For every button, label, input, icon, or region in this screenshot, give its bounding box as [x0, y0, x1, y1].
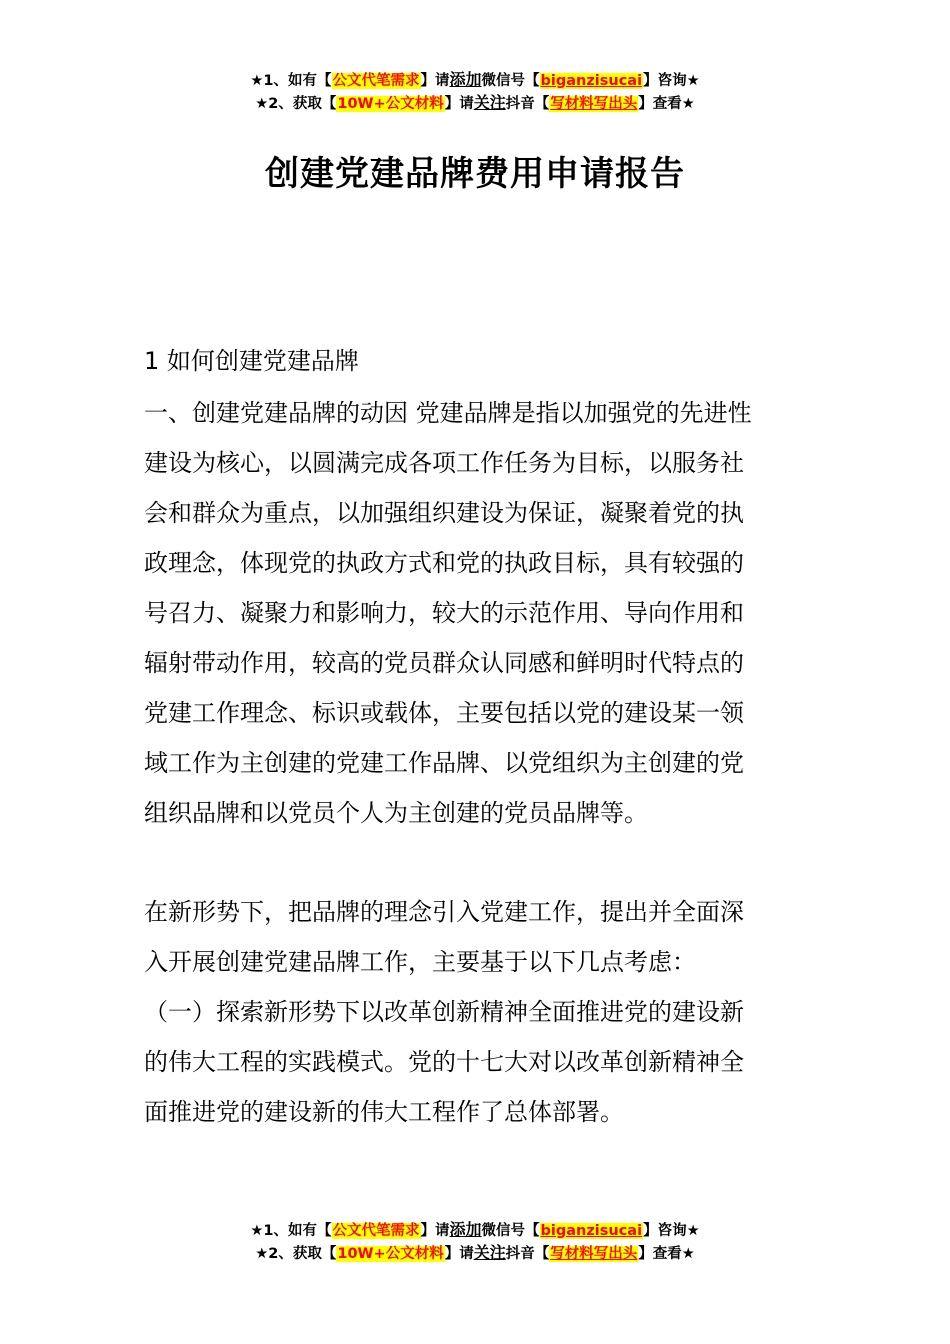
promo-text: 】咨询★ — [643, 73, 700, 89]
promo-banner-bottom: ★1、如有【公文代笔需求】请添加微信号【biganzisucai】咨询★ ★2、… — [0, 1219, 950, 1265]
promo-text: 】请 — [445, 1246, 474, 1262]
promo-text: 抖音【 — [506, 1246, 550, 1262]
highlight-douyin-account: 写材料写出头 — [549, 1246, 638, 1262]
paragraph-line: 的伟大工程的实践模式。党的十七大对以改革创新精神全 — [144, 1037, 809, 1087]
highlight-wechat-id: biganzisucai — [540, 73, 644, 89]
paragraph-line: 组织品牌和以党员个人为主创建的党员品牌等。 — [144, 788, 809, 838]
paragraph-line: 域工作为主创建的党建工作品牌、以党组织为主创建的党 — [144, 738, 809, 788]
paragraph-line: （一）探索新形势下以改革创新精神全面推进党的建设新 — [144, 987, 809, 1037]
paragraph-line: 一、创建党建品牌的动因 党建品牌是指以加强党的先进性 — [144, 388, 809, 438]
promo-line-1: ★1、如有【公文代笔需求】请添加微信号【biganzisucai】咨询★ — [0, 69, 950, 92]
paragraph-line: 号召力、凝聚力和影响力，较大的示范作用、导向作用和 — [144, 588, 809, 638]
promo-text: 】请 — [421, 73, 450, 89]
highlight-materials: 10W+公文材料 — [336, 96, 444, 112]
promo-line-1: ★1、如有【公文代笔需求】请添加微信号【biganzisucai】咨询★ — [0, 1219, 950, 1242]
underlined-text: 关注 — [474, 1243, 506, 1262]
paragraph-line: 辐射带动作用，较高的党员群众认同感和鲜明时代特点的 — [144, 638, 809, 688]
promo-text: 抖音【 — [506, 96, 550, 112]
paragraph-line: 面推进党的建设新的伟大工程作了总体部署。 — [144, 1087, 809, 1137]
promo-text: 微信号【 — [482, 73, 540, 89]
paragraph-2: 在新形势下，把品牌的理念引入党建工作，提出并全面深 入开展创建党建品牌工作，主要… — [144, 887, 809, 1137]
promo-text: ★1、如有【 — [250, 73, 331, 89]
paragraph-line: 政理念，体现党的执政方式和党的执政目标，具有较强的 — [144, 538, 809, 588]
highlight-materials: 10W+公文材料 — [336, 1246, 444, 1262]
highlight-service: 公文代笔需求 — [332, 1223, 421, 1239]
paragraph-line: 会和群众为重点，以加强组织建设为保证，凝聚着党的执 — [144, 488, 809, 538]
promo-text: 】查看★ — [638, 1246, 695, 1262]
promo-text: ★2、获取【 — [255, 96, 336, 112]
highlight-service: 公文代笔需求 — [332, 73, 421, 89]
paragraph-line: 党建工作理念、标识或载体，主要包括以党的建设某一领 — [144, 688, 809, 738]
paragraph-1: 一、创建党建品牌的动因 党建品牌是指以加强党的先进性 建设为核心，以圆满完成各项… — [144, 388, 809, 838]
promo-line-2: ★2、获取【10W+公文材料】请关注抖音【写材料写出头】查看★ — [0, 92, 950, 115]
paragraph-line: 在新形势下，把品牌的理念引入党建工作，提出并全面深 — [144, 887, 809, 937]
promo-text: 】咨询★ — [643, 1223, 700, 1239]
document-title: 创建党建品牌费用申请报告 — [0, 146, 950, 195]
promo-text: ★1、如有【 — [250, 1223, 331, 1239]
highlight-douyin-account: 写材料写出头 — [549, 96, 638, 112]
promo-banner-top: ★1、如有【公文代笔需求】请添加微信号【biganzisucai】咨询★ ★2、… — [0, 69, 950, 115]
promo-text: 微信号【 — [482, 1223, 540, 1239]
paragraph-line: 建设为核心，以圆满完成各项工作任务为目标，以服务社 — [144, 438, 809, 488]
section-heading: 1 如何创建党建品牌 — [144, 341, 359, 381]
underlined-text: 添加 — [450, 70, 482, 89]
highlight-wechat-id: biganzisucai — [540, 1223, 644, 1239]
promo-line-2: ★2、获取【10W+公文材料】请关注抖音【写材料写出头】查看★ — [0, 1242, 950, 1265]
paragraph-line: 入开展创建党建品牌工作，主要基于以下几点考虑： — [144, 937, 809, 987]
promo-text: ★2、获取【 — [255, 1246, 336, 1262]
underlined-text: 关注 — [474, 93, 506, 112]
promo-text: 】请 — [421, 1223, 450, 1239]
promo-text: 】查看★ — [638, 96, 695, 112]
promo-text: 】请 — [445, 96, 474, 112]
underlined-text: 添加 — [450, 1220, 482, 1239]
